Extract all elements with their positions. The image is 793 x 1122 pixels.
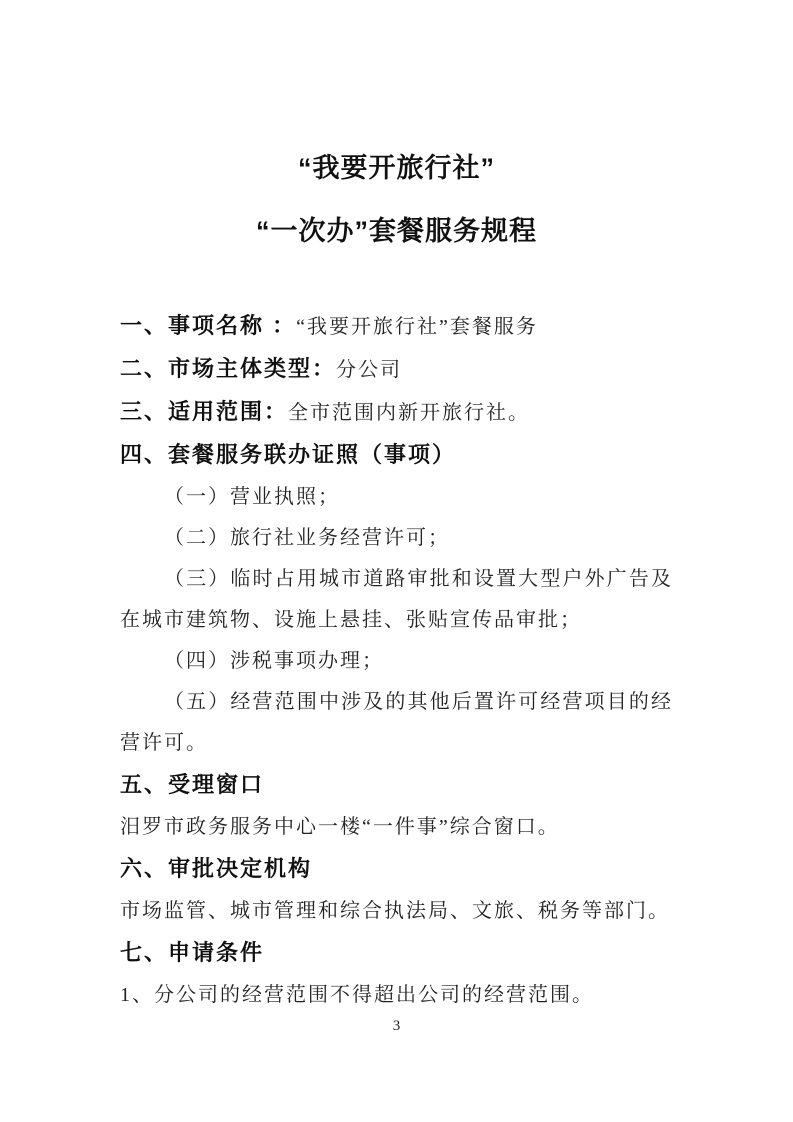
section-text: 分公司 xyxy=(336,359,402,381)
list-item-text: （一）营业执照； xyxy=(164,486,340,508)
document-title-line-2: “一次办”套餐服务规程 xyxy=(120,213,673,249)
section-conditions-heading: 七、申请条件 xyxy=(120,932,673,975)
body-text: 市场监管、城市管理和综合执法局、文旅、税务等部门。 xyxy=(120,900,670,922)
section-authority-heading: 六、审批决定机构 xyxy=(120,848,673,891)
section-window-heading: 五、受理窗口 xyxy=(120,764,673,807)
page-footer: 3 xyxy=(0,1018,793,1035)
page-body: “我要开旅行社” “一次办”套餐服务规程 一、事项名称 ：“我要开旅行社”套餐服… xyxy=(120,0,673,1016)
section-label: 二、市场主体类型： xyxy=(120,356,336,381)
section-label: 七、申请条件 xyxy=(120,940,264,965)
section-authority-text: 市场监管、城市管理和综合执法局、文旅、税务等部门。 xyxy=(120,891,673,932)
license-item-3: （三）临时占用城市道路审批和设置大型户外广告及在城市建筑物、设施上悬挂、张贴宣传… xyxy=(120,559,673,641)
section-label: 四、套餐服务联办证照（事项） xyxy=(120,442,456,467)
section-label: 三、适用范围： xyxy=(120,399,288,424)
section-entity-type: 二、市场主体类型：分公司 xyxy=(120,348,673,391)
list-item-text: （二）旅行社业务经营许可； xyxy=(164,527,450,549)
section-conditions-text: 1、分公司的经营范围不得超出公司的经营范围。 xyxy=(120,975,673,1016)
document-page: “我要开旅行社” “一次办”套餐服务规程 一、事项名称 ：“我要开旅行社”套餐服… xyxy=(0,0,793,1122)
section-text: “我要开旅行社”套餐服务 xyxy=(296,316,538,338)
document-title-line-1: “我要开旅行社” xyxy=(120,150,673,186)
list-item-text: （五）经营范围中涉及的其他后置许可经营项目的经营许可。 xyxy=(120,691,673,754)
license-item-1: （一）营业执照； xyxy=(120,477,673,518)
document-content: 一、事项名称 ：“我要开旅行社”套餐服务 二、市场主体类型：分公司 三、适用范围… xyxy=(120,305,673,1016)
section-scope: 三、适用范围：全市范围内新开旅行社。 xyxy=(120,391,673,434)
section-window-text: 汨罗市政务服务中心一楼“一件事”综合窗口。 xyxy=(120,807,673,848)
license-item-4: （四）涉税事项办理； xyxy=(120,641,673,682)
list-item-text: （三）临时占用城市道路审批和设置大型户外广告及在城市建筑物、设施上悬挂、张贴宣传… xyxy=(120,568,673,631)
section-item-name: 一、事项名称 ：“我要开旅行社”套餐服务 xyxy=(120,305,673,348)
body-text: 汨罗市政务服务中心一楼“一件事”综合窗口。 xyxy=(120,816,560,838)
license-item-2: （二）旅行社业务经营许可； xyxy=(120,518,673,559)
section-label: 五、受理窗口 xyxy=(120,772,264,797)
list-item-text: （四）涉税事项办理； xyxy=(164,650,384,672)
section-label: 一、事项名称 ： xyxy=(120,313,296,338)
body-text: 1、分公司的经营范围不得超出公司的经营范围。 xyxy=(120,984,594,1006)
section-licenses-heading: 四、套餐服务联办证照（事项） xyxy=(120,434,673,477)
page-number: 3 xyxy=(393,1018,401,1034)
license-item-5: （五）经营范围中涉及的其他后置许可经营项目的经营许可。 xyxy=(120,682,673,764)
section-label: 六、审批决定机构 xyxy=(120,856,312,881)
section-text: 全市范围内新开旅行社。 xyxy=(288,402,530,424)
